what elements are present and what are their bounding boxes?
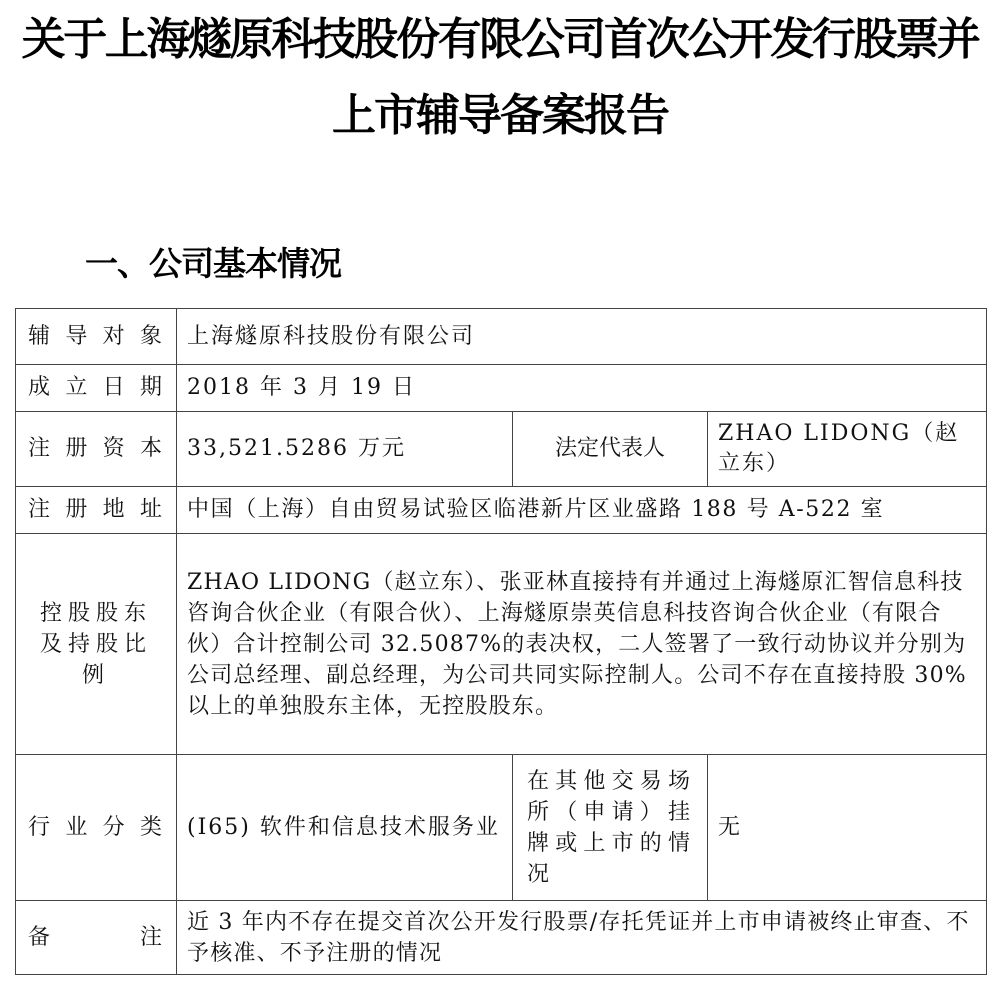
row-label: 成立日期 <box>16 365 177 412</box>
table-row-industry: 行业分类 (I65) 软件和信息技术服务业 在其他交易场所（申请）挂牌或上市的情… <box>16 755 987 901</box>
row-value: (I65) 软件和信息技术服务业 <box>177 755 513 901</box>
row-value-secondary: ZHAO LIDONG（赵立东） <box>708 412 987 487</box>
row-value-secondary: 无 <box>708 755 987 901</box>
row-value: 中国（上海）自由贸易试验区临港新片区业盛路 188 号 A-522 室 <box>177 487 987 534</box>
row-label-secondary: 法定代表人 <box>513 412 708 487</box>
row-value: 上海燧原科技股份有限公司 <box>177 309 987 365</box>
row-label: 辅导对象 <box>16 309 177 365</box>
table-row-registered-address: 注册地址 中国（上海）自由贸易试验区临港新片区业盛路 188 号 A-522 室 <box>16 487 987 534</box>
row-value: 33,521.5286 万元 <box>177 412 513 487</box>
row-label: 行业分类 <box>16 755 177 901</box>
row-label: 注册资本 <box>16 412 177 487</box>
table-row-controlling-shareholder: 控股股东及持股比例 ZHAO LIDONG（赵立东）、张亚林直接持有并通过上海燧… <box>16 534 987 755</box>
company-info-table: 辅导对象 上海燧原科技股份有限公司 成立日期 2018 年 3 月 19 日 注… <box>15 308 987 975</box>
row-label: 注册地址 <box>16 487 177 534</box>
row-label: 备注 <box>16 901 177 975</box>
document-title-line-2: 上市辅导备案报告 <box>0 88 1000 144</box>
row-value: 近 3 年内不存在提交首次公开发行股票/存托凭证并上市申请被终止审查、不予核准、… <box>177 901 987 975</box>
row-label-secondary: 在其他交易场所（申请）挂牌或上市的情况 <box>513 755 708 901</box>
table-row-remarks: 备注 近 3 年内不存在提交首次公开发行股票/存托凭证并上市申请被终止审查、不予… <box>16 901 987 975</box>
row-value: ZHAO LIDONG（赵立东）、张亚林直接持有并通过上海燧原汇智信息科技咨询合… <box>177 534 987 755</box>
section-heading: 一、公司基本情况 <box>85 242 341 286</box>
row-label: 控股股东及持股比例 <box>16 534 177 755</box>
table-row-establishment-date: 成立日期 2018 年 3 月 19 日 <box>16 365 987 412</box>
document-title-line-1: 关于上海燧原科技股份有限公司首次公开发行股票并 <box>0 12 1000 68</box>
table-row-tutoring-target: 辅导对象 上海燧原科技股份有限公司 <box>16 309 987 365</box>
table-row-registered-capital: 注册资本 33,521.5286 万元 法定代表人 ZHAO LIDONG（赵立… <box>16 412 987 487</box>
row-value: 2018 年 3 月 19 日 <box>177 365 987 412</box>
